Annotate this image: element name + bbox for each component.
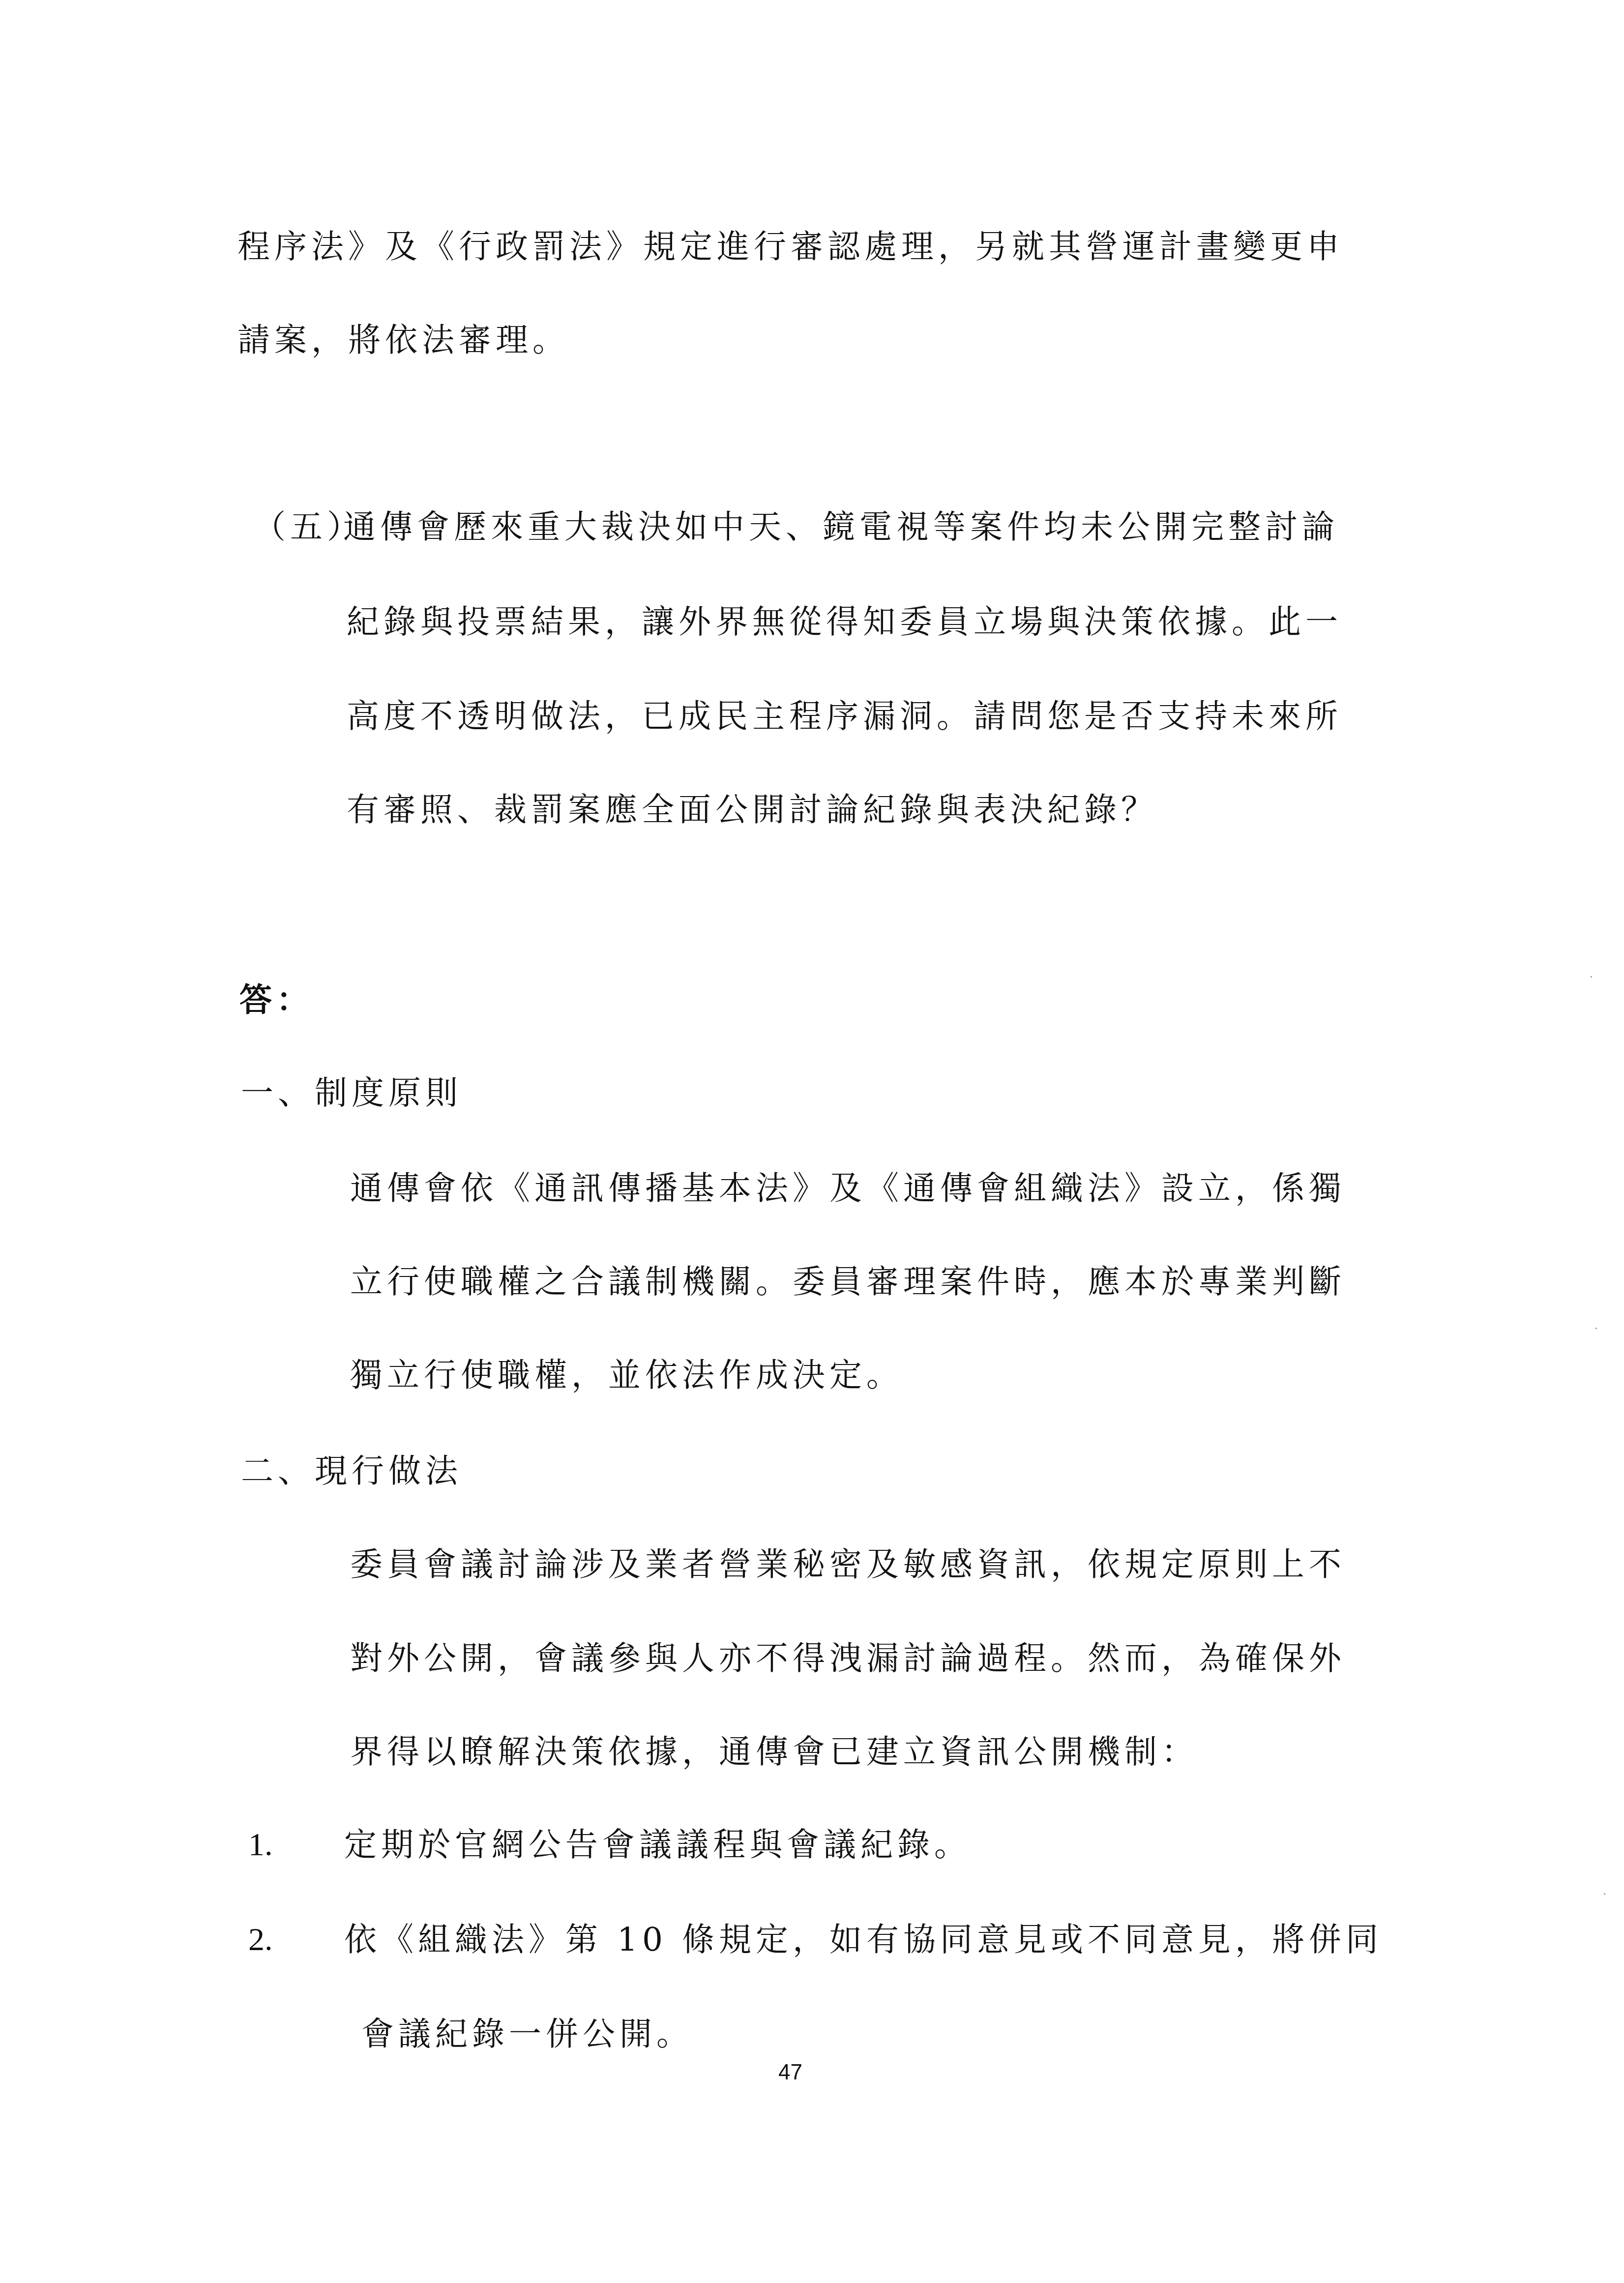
section-paragraph-line: 立行使職權之合議制機關。委員審理案件時，應本於專業判斷 [350, 1262, 1346, 1302]
section-heading: 二、現行做法 [241, 1452, 462, 1491]
continuation-line: 程序法》及《行政罰法》規定進行審認處理，另就其營運計畫變更申 [237, 227, 1344, 267]
question-line: 紀錄與投票結果，讓外界無從得知委員立場與決策依據。此一 [347, 602, 1342, 642]
question-line: 有審照、裁罰案應全面公開討論紀錄與表決紀錄？ [347, 790, 1158, 830]
list-item-text: 依《組織法》第 10 條規定，如有協同意見或不同意見，將併同 [344, 1920, 1383, 1959]
answer-label: 答： [239, 980, 313, 1019]
scan-speck [1595, 1328, 1597, 1329]
continuation-line: 請案，將依法審理。 [237, 321, 569, 360]
section-paragraph-line: 通傳會依《通訊傳播基本法》及《通傳會組織法》設立，係獨 [350, 1169, 1346, 1208]
section-paragraph-line: 獨立行使職權，並依法作成決定。 [350, 1356, 903, 1395]
list-number: 2. [248, 1920, 273, 1959]
section-heading: 一、制度原則 [241, 1073, 462, 1113]
section-paragraph-line: 界得以瞭解決策依據，通傳會已建立資訊公開機制： [350, 1732, 1198, 1772]
question-line: 高度不透明做法，已成民主程序漏洞。請問您是否支持未來所 [347, 697, 1342, 736]
scan-speck [1604, 1893, 1605, 1895]
scan-speck [1591, 976, 1592, 978]
list-number: 1. [248, 1825, 273, 1865]
list-item-text: 會議紀錄一併公開。 [361, 2015, 693, 2054]
list-item-text: 定期於官網公告會議議程與會議紀錄。 [344, 1825, 971, 1865]
question-line: 通傳會歷來重大裁決如中天、鏡電視等案件均未公開完整討論 [343, 507, 1339, 547]
section-paragraph-line: 委員會議討論涉及業者營業秘密及敏感資訊，依規定原則上不 [350, 1545, 1346, 1584]
page-number: 47 [778, 2060, 802, 2085]
section-paragraph-line: 對外公開，會議參與人亦不得洩漏討論過程。然而，為確保外 [350, 1639, 1346, 1678]
